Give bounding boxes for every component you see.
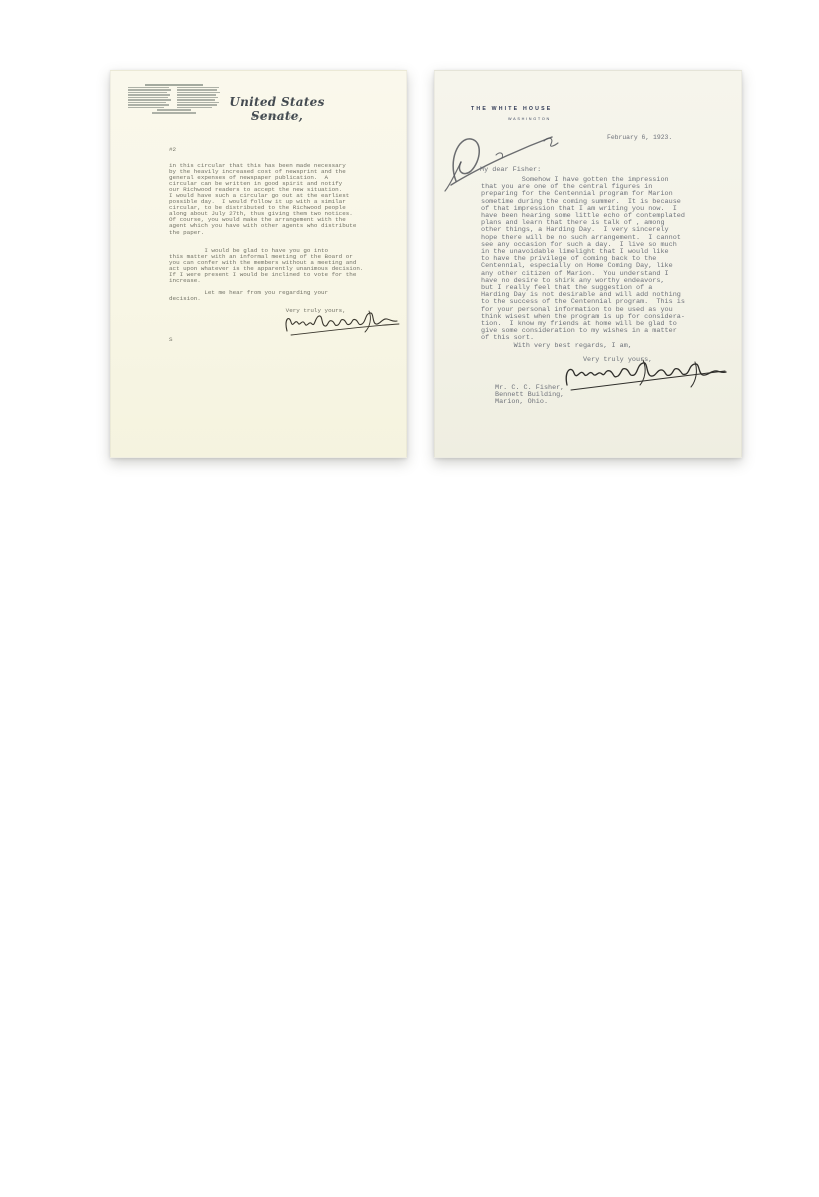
roster-chairman-line (145, 84, 203, 86)
signature-right: Warren G. Harding (559, 357, 731, 397)
recipient-address: Mr. C. C. Fisher, Bennett Building, Mari… (495, 385, 564, 406)
roster-name-line (177, 87, 219, 89)
roster-name-line (128, 87, 169, 89)
letter-date: February 6, 1923. (607, 134, 672, 141)
signature-left-icon (281, 309, 405, 343)
signature-right-icon (559, 357, 731, 397)
signature-left: W. G. Harding (281, 309, 405, 343)
roster-name-line (128, 89, 171, 91)
senate-letterhead-subtitle: WASHINGTON, D. C. (209, 115, 345, 119)
roster-name-line (128, 94, 170, 96)
roster-name-line (128, 99, 171, 101)
roster-asst-clerk-line (152, 112, 196, 114)
page-number: #2 (169, 146, 176, 153)
letter-body-left: in this circular that this has been made… (169, 163, 363, 314)
roster-clerk-line (157, 109, 191, 111)
salutation: My dear Fisher: (480, 166, 541, 174)
roster-name-line (128, 104, 169, 106)
roster-name-line (177, 107, 212, 109)
committee-roster (128, 84, 220, 114)
roster-name-line (128, 107, 164, 109)
letter-body-right: Somehow I have gotten the impression tha… (481, 177, 685, 364)
typist-initial: S (169, 336, 173, 343)
roster-name-line (128, 102, 166, 104)
roster-name-line (177, 89, 217, 91)
left-letter-page: United States Senate, WASHINGTON, D. C. … (110, 70, 407, 458)
roster-name-line (177, 92, 220, 94)
roster-name-line (128, 97, 168, 99)
roster-name-line (128, 92, 167, 94)
right-letter-page: THE WHITE HOUSE WASHINGTON Ansd February… (434, 70, 742, 458)
document-photo: United States Senate, WASHINGTON, D. C. … (0, 0, 819, 1197)
